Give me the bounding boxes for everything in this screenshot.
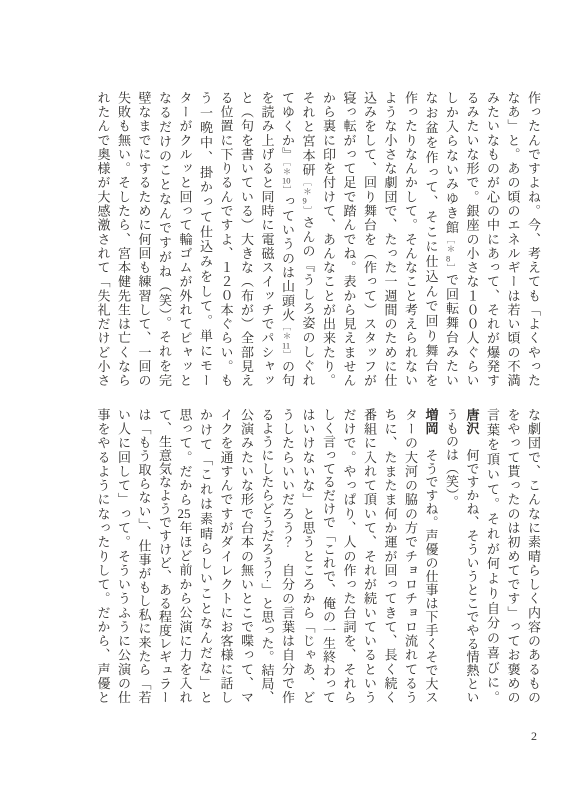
text-column: イクを通すんですがダイレクトにお客様に話し	[215, 408, 236, 704]
footnote-ref-marker: ［＊8］	[446, 235, 456, 273]
text-column: なあ」と。あの頃のエネルギーは若い頃の不満	[502, 91, 523, 387]
text-column: と（句を書いている）大きな（布が）全部見え	[236, 91, 257, 387]
footnote-ref-marker: ［＊10］	[282, 162, 292, 195]
page-number: 2	[531, 729, 537, 744]
text-column: 公演みたいな形で台本の無いとこで喋って、マ	[236, 408, 257, 704]
text-column: る位置に下りるんですよ、１２０本ぐらい。も	[215, 91, 236, 387]
speaker-name: 唐沢	[465, 408, 480, 435]
text-column: 言葉を頂いて。それが何より自分の喜びに。	[482, 408, 503, 704]
upper-text-block: 作ったんですよね。今、考えても「よくやったなあ」と。あの頃のエネルギーは若い頃の…	[92, 91, 543, 387]
text-column: れたんで奥様が大感激されて「失礼だけど小さ	[92, 91, 113, 387]
text-column: みたいなものが心の中にあって、それが爆発す	[482, 91, 503, 387]
tatechuyoko-number: 25	[178, 507, 193, 521]
text-column: うものは（笑）。	[441, 408, 462, 704]
text-column: うしたらいいだろう？ 自分の言葉は自分で作	[277, 408, 298, 704]
text-column: るみたいな形で。銀座の小さな１００人ぐらい	[461, 91, 482, 387]
text-column: ような小さな劇団で、たった一週間のために仕	[379, 91, 400, 387]
speaker-name: 増岡	[424, 408, 439, 435]
text-column: それと宮本研［＊9］さんの『うしろ姿のしぐれ	[297, 91, 318, 387]
text-column: う一晩中、掛かって仕込みをして。単にモー	[195, 91, 216, 387]
text-column: な劇団で、こんなに素晴らしく内容のあるもの	[523, 408, 544, 704]
text-column: て、生意気なようですけど、ある程度レギュラー	[154, 408, 175, 704]
text-column: ターがクルッと回って輪ゴムが外れてピャッと	[174, 91, 195, 387]
text-column: は「もう取らない」、仕事がもし私に来たら「若	[133, 408, 154, 704]
text-column: 寝っ転がって足で踏んでね。表から見えません	[338, 91, 359, 387]
text-column: 思って。だから25年ほど前から公演に力を入れ	[174, 408, 195, 704]
text-column: 作ったんですよね。今、考えても「よくやった	[523, 91, 544, 387]
text-column: はいけないな」と思うところから「じゃあ、ど	[297, 408, 318, 704]
text-column: るようにしたらどうだろう？」と思った。結局、	[256, 408, 277, 704]
text-column: い人に回して」って。そういうふうに公演の仕	[113, 408, 134, 704]
book-page: 作ったんですよね。今、考えても「よくやったなあ」と。あの頃のエネルギーは若い頃の…	[0, 0, 571, 800]
text-column: かけて「これは素晴らしいことなんだな」と	[195, 408, 216, 704]
text-column: 込みをして、回り舞台を（作って）スタッフが	[359, 91, 380, 387]
text-column: を読み上げると同時に電磁スイッチでパシャッ	[256, 91, 277, 387]
text-column: なお盆を作って、そこに仕込んで回り舞台を	[420, 91, 441, 387]
text-column: ターの大河の脇の方でチョロチョロ流れてるう	[400, 408, 421, 704]
text-column: しか入らないみゆき館［＊8］で回転舞台みたい	[441, 91, 462, 387]
text-column: 唐沢 何ですかね、そういうとこでやる情熱とい	[461, 408, 482, 704]
text-column: しく言ってるだけで「これで、俺の一生終わって	[318, 408, 339, 704]
text-column: だけで。やっぱり、人の作った台詞を、それら	[338, 408, 359, 704]
lower-text-block: な劇団で、こんなに素晴らしく内容のあるものをやって貰ったのは初めてです」ってお褒…	[92, 408, 543, 704]
text-column: 番組に入れて頂いて、それが続いているという	[359, 408, 380, 704]
text-column: ちに、たまたま何か運が回ってきて、長く続く	[379, 408, 400, 704]
text-column: から裏に印を付けて、あんなことが出来たり。	[318, 91, 339, 387]
text-column: 事をやるようになったりして。だから、声優と	[92, 408, 113, 704]
text-column: なるだけのことなんですがね（笑）。それを完	[154, 91, 175, 387]
text-column: てゆくか』［＊10］っていうのは山頭火［＊11］の句	[277, 91, 298, 387]
footnote-ref-marker: ［＊11］	[282, 322, 292, 359]
footnote-ref-marker: ［＊9］	[303, 177, 313, 215]
text-column: 失敗も無い。そしたら、宮本健先生は亡くなら	[113, 91, 134, 387]
text-column: 増岡 そうですね。声優の仕事は下手くそで大ス	[420, 408, 441, 704]
text-column: 壁なまでにするために何回も練習して、一回の	[133, 91, 154, 387]
text-column: 作ったりなんかして。そんなこと考えられない	[400, 91, 421, 387]
text-column: をやって貰ったのは初めてです」ってお褒めの	[502, 408, 523, 704]
